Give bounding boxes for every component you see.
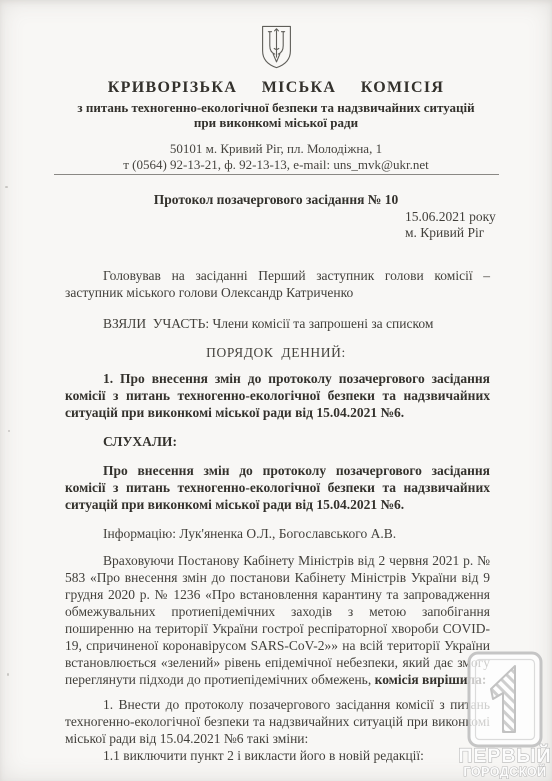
address-line: 50101 м. Кривий Ріг, пл. Молодіжна, 1 — [54, 141, 499, 157]
agenda-heading: ПОРЯДОК ДЕННИЙ: — [0, 344, 552, 361]
heard-heading: СЛУХАЛИ: — [65, 433, 490, 450]
agenda-item-1: 1. Про внесення змін до протоколу позаче… — [65, 370, 490, 421]
watermark-line2: ГОРОДСКОЙ — [463, 764, 546, 779]
organization-subtitle-line2: при виконкомі міської ради — [0, 115, 552, 130]
organization-name: КРИВОРІЗЬКА МІСЬКА КОМІСІЯ — [0, 79, 552, 96]
ukraine-trident-emblem-icon — [259, 24, 294, 70]
document-place: м. Кривий Ріг — [405, 225, 552, 241]
considering-text: Враховуючи Постанову Кабінету Міністрів … — [65, 553, 490, 687]
scan-speck — [7, 673, 9, 676]
information-line: Інформацію: Лук'яненка О.Л., Богославськ… — [65, 525, 490, 542]
decision-1-1: 1.1 виключити пункт 2 і викласти його в … — [65, 747, 490, 764]
heard-paragraph: Про внесення змін до протоколу позачерго… — [65, 462, 490, 513]
decided-emphasis: комісія вирішила: — [375, 672, 487, 687]
contacts-line: т (0564) 92-13-21, ф. 92-13-13, e-mail: … — [54, 157, 499, 173]
numeral-one-icon — [491, 666, 515, 732]
scan-speck — [5, 186, 8, 188]
document-date: 15.06.2021 року — [405, 209, 552, 225]
participants-line: ВЗЯЛИ УЧАСТЬ: Члени комісії та запрошені… — [65, 315, 490, 332]
decision-1: 1. Внести до протоколу позачергового зас… — [65, 696, 490, 747]
scan-speck — [8, 430, 10, 432]
organization-subtitle-line1: з питань техногенно-екологічної безпеки … — [0, 100, 552, 115]
document-title: Протокол позачергового засідання № 10 — [0, 191, 552, 208]
chairman-paragraph: Головував на засіданні Перший заступник … — [65, 267, 490, 301]
contact-block: 50101 м. Кривий Ріг, пл. Молодіжна, 1 т … — [54, 141, 499, 175]
considering-paragraph: Враховуючи Постанову Кабінету Міністрів … — [65, 552, 490, 688]
scanned-protocol-document: КРИВОРІЗЬКА МІСЬКА КОМІСІЯ з питань техн… — [0, 0, 552, 781]
date-place-block: 15.06.2021 року м. Кривий Ріг — [405, 209, 552, 241]
